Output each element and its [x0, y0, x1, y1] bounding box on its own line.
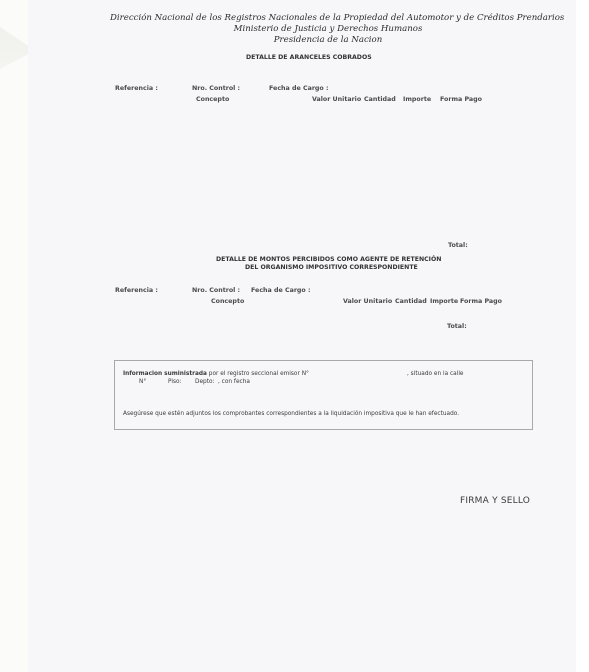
section2-col-valor-unitario: Valor Unitario: [343, 298, 392, 305]
info-line-2-fecha: , con fecha: [218, 379, 250, 385]
section2-total-label: Total:: [447, 323, 467, 330]
section1-col-forma-pago: Forma Pago: [440, 96, 482, 103]
header-line-1: Dirección Nacional de los Registros Naci…: [110, 13, 546, 23]
section1-total-label: Total:: [448, 242, 468, 249]
section1-col-cantidad: Cantidad: [364, 96, 396, 103]
section1-col-importe: Importe: [403, 96, 431, 103]
section2-title-line-1: DETALLE DE MONTOS PERCIBIDOS COMO AGENTE…: [216, 256, 441, 263]
section2-nro-control-label: Nro. Control :: [192, 287, 240, 294]
header-line-3: Presidencia de la Nacion: [110, 35, 546, 45]
info-line-1-bold: Informacion suministrada: [123, 371, 207, 377]
section1-fecha-cargo-label: Fecha de Cargo :: [269, 85, 328, 92]
info-line-1-registro: por el registro seccional emisor N°: [209, 371, 309, 377]
info-line-1: Informacion suministrada por el registro…: [123, 371, 309, 377]
document-page: Dirección Nacional de los Registros Naci…: [28, 0, 576, 672]
info-box: Informacion suministrada por el registro…: [114, 360, 533, 430]
header-line-2: Ministerio de Justicia y Derechos Humano…: [110, 24, 546, 34]
section2-fecha-cargo-label: Fecha de Cargo :: [251, 287, 310, 294]
section2-referencia-label: Referencia :: [115, 287, 158, 294]
section2-col-importe: Importe: [430, 298, 458, 305]
info-line-1-calle: , situado en la calle: [407, 371, 464, 377]
signature-label: FIRMA Y SELLO: [460, 496, 530, 506]
section2-col-cantidad: Cantidad: [395, 298, 427, 305]
section1-col-concepto: Concepto: [196, 96, 229, 103]
info-line-2-nro: N°: [139, 379, 146, 385]
info-line-2-depto: Depto:: [195, 379, 214, 385]
scan-left-margin: [0, 0, 28, 672]
info-line-2-piso: Piso:: [168, 379, 182, 385]
info-notice: Asegúrese que estén adjuntos los comprob…: [123, 411, 459, 417]
section1-title: DETALLE DE ARANCELES COBRADOS: [246, 54, 372, 61]
section1-nro-control-label: Nro. Control :: [192, 85, 240, 92]
section1-referencia-label: Referencia :: [115, 85, 158, 92]
section2-title-line-2: DEL ORGANISMO IMPOSITIVO CORRESPONDIENTE: [245, 264, 418, 271]
section2-col-forma-pago: Forma Pago: [460, 298, 502, 305]
section2-col-concepto: Concepto: [211, 298, 244, 305]
section1-col-valor-unitario: Valor Unitario: [312, 96, 361, 103]
